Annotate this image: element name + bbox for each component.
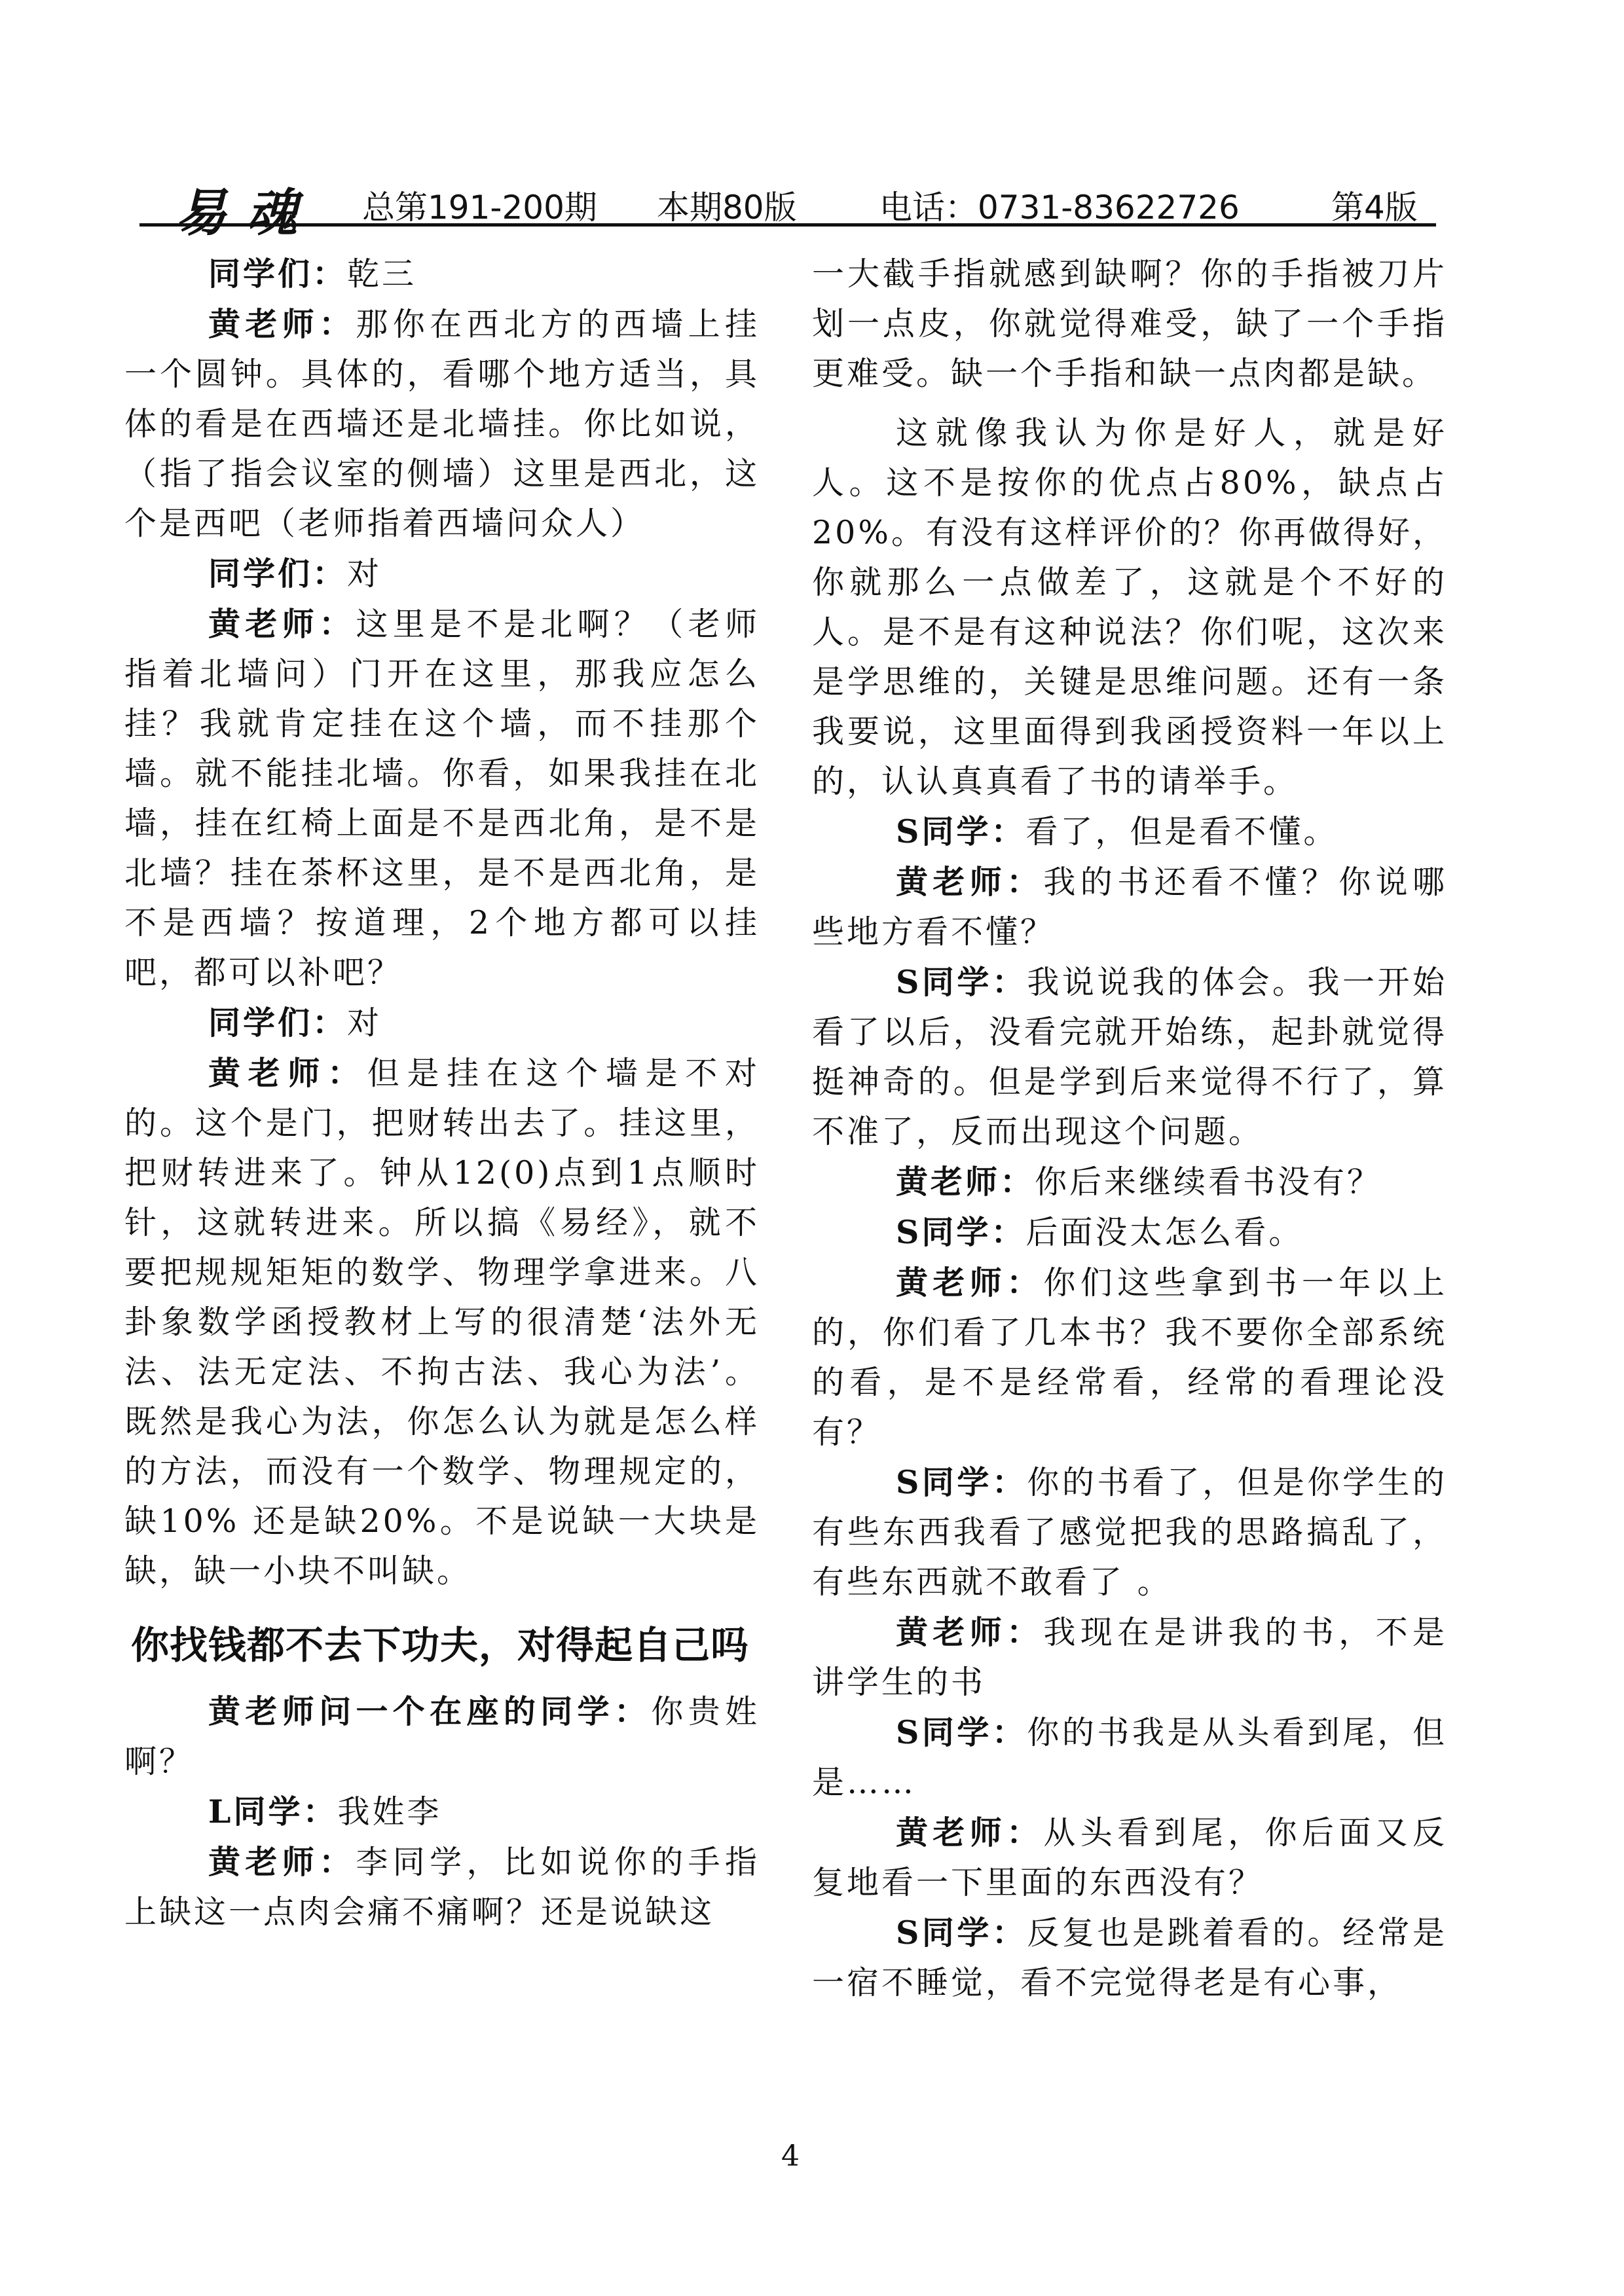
paragraph-text: 对 (347, 555, 382, 592)
speaker-label: 同学们： (208, 255, 347, 293)
dialogue-paragraph: L同学：我姓李 (124, 1787, 760, 1837)
speaker-label: 黄老师： (208, 1054, 367, 1092)
paragraph-text: 这里是不是北啊？（老师指着北墙问）门开在这里，那我应怎么挂？我就肯定挂在这个墙，… (124, 606, 760, 991)
dialogue-paragraph: S同学：后面没太怎么看。 (812, 1207, 1447, 1258)
left-column: 同学们：乾三 黄老师：那你在西北方的西墙上挂一个圆钟。具体的，看哪个地方适当，具… (124, 249, 760, 1937)
speaker-label: 同学们： (208, 555, 347, 592)
dialogue-paragraph: 黄老师：你们这些拿到书一年以上的，你们看了几本书？我不要你全部系统的看，是不是经… (812, 1258, 1447, 1457)
right-column: 一大截手指就感到缺啊？你的手指被刀片划一点皮，你就觉得难受，缺了一个手指更难受。… (812, 249, 1447, 2008)
paragraph-text: 看了，但是看不懂。 (1025, 813, 1338, 850)
speaker-label: S同学： (896, 1463, 1027, 1501)
dialogue-paragraph: 黄老师：李同学，比如说你的手指上缺这一点肉会痛不痛啊？还是说缺这 (124, 1837, 760, 1937)
dialogue-paragraph: S同学：你的书看了，但是你学生的有些东西我看了感觉把我的思路搞乱了，有些东西就不… (812, 1457, 1447, 1607)
speaker-label: 黄老师问一个在座的同学： (208, 1692, 651, 1730)
page-label: 第4版 (1331, 181, 1418, 228)
paragraph-text: 一大截手指就感到缺啊？你的手指被刀片划一点皮，你就觉得难受，缺了一个手指更难受。… (812, 255, 1447, 392)
dialogue-paragraph: 黄老师：但是挂在这个墙是不对的。这个是门，把财转出去了。挂这里，把财转进来了。钟… (124, 1048, 760, 1596)
dialogue-paragraph: 同学们：对 (124, 998, 760, 1048)
page-header: 易魂 总第191-200期 本期80版 电话：0731-83622726 第4版 (139, 167, 1436, 226)
phone-number: 电话：0731-83622726 (879, 181, 1240, 228)
speaker-label: 同学们： (208, 1004, 347, 1042)
issue-range: 总第191-200期 (362, 181, 597, 228)
dialogue-paragraph: S同学：我说说我的体会。我一开始看了以后，没看完就开始练，起卦就觉得挺神奇的。但… (812, 957, 1447, 1157)
dialogue-paragraph: S同学：看了，但是看不懂。 (812, 807, 1447, 857)
paragraph-text: 乾三 (347, 255, 416, 293)
paragraph-text: 你后来继续看书没有？ (1035, 1163, 1382, 1201)
speaker-label: S同学： (896, 963, 1027, 1001)
header-rule (139, 223, 1436, 227)
speaker-label: S同学： (896, 1713, 1027, 1751)
dialogue-paragraph: 同学们：对 (124, 549, 760, 599)
speaker-label: S同学： (896, 1213, 1025, 1251)
dialogue-paragraph: S同学：你的书我是从头看到尾，但是…… (812, 1707, 1447, 1808)
page-number: 4 (781, 2140, 800, 2173)
paragraph-text: 对 (347, 1004, 382, 1042)
speaker-label: 黄老师： (896, 1613, 1043, 1651)
dialogue-paragraph: 黄老师：从头看到尾，你后面又反复地看一下里面的东西没有？ (812, 1808, 1447, 1908)
speaker-label: 黄老师： (208, 605, 356, 643)
dialogue-paragraph: 黄老师问一个在座的同学：你贵姓啊？ (124, 1686, 760, 1787)
speaker-label: S同学： (896, 1914, 1027, 1952)
paragraph-text: 后面没太怎么看。 (1025, 1214, 1303, 1251)
speaker-label: 黄老师： (896, 1163, 1035, 1201)
speaker-label: 黄老师： (896, 1264, 1043, 1302)
masthead-title: 易魂 (175, 172, 317, 246)
speaker-label: 黄老师： (208, 305, 356, 343)
speaker-label: L同学： (208, 1793, 337, 1831)
paragraph-gap (812, 399, 1447, 408)
dialogue-paragraph: S同学：反复也是跳着看的。经常是一宿不睡觉，看不完觉得老是有心事， (812, 1908, 1447, 2008)
issue-pages: 本期80版 (657, 181, 797, 228)
dialogue-paragraph: 黄老师：我的书还看不懂？你说哪些地方看不懂？ (812, 857, 1447, 957)
dialogue-paragraph: 黄老师：你后来继续看书没有？ (812, 1157, 1447, 1207)
speaker-label: 黄老师： (896, 1813, 1043, 1851)
dialogue-paragraph: 黄老师：我现在是讲我的书，不是讲学生的书 (812, 1607, 1447, 1707)
paragraph-text: 这就像我认为你是好人，就是好人。这不是按你的优点占80%，缺点占20%。有没有这… (812, 414, 1447, 800)
speaker-label: 黄老师： (208, 1843, 356, 1881)
dialogue-paragraph: 这就像我认为你是好人，就是好人。这不是按你的优点占80%，缺点占20%。有没有这… (812, 408, 1447, 807)
dialogue-paragraph: 黄老师：那你在西北方的西墙上挂一个圆钟。具体的，看哪个地方适当，具体的看是在西墙… (124, 299, 760, 549)
section-title: 你找钱都不去下功夫，对得起自己吗 (131, 1616, 760, 1675)
paragraph-text: 但是挂在这个墙是不对的。这个是门，把财转出去了。挂这里，把财转进来了。钟从12(… (124, 1055, 760, 1590)
speaker-label: S同学： (896, 812, 1025, 850)
speaker-label: 黄老师： (896, 863, 1043, 901)
dialogue-paragraph: 同学们：乾三 (124, 249, 760, 299)
paragraph-text: 我姓李 (337, 1793, 441, 1831)
dialogue-paragraph: 黄老师：这里是不是北啊？（老师指着北墙问）门开在这里，那我应怎么挂？我就肯定挂在… (124, 599, 760, 998)
continued-paragraph: 一大截手指就感到缺啊？你的手指被刀片划一点皮，你就觉得难受，缺了一个手指更难受。… (812, 249, 1447, 399)
